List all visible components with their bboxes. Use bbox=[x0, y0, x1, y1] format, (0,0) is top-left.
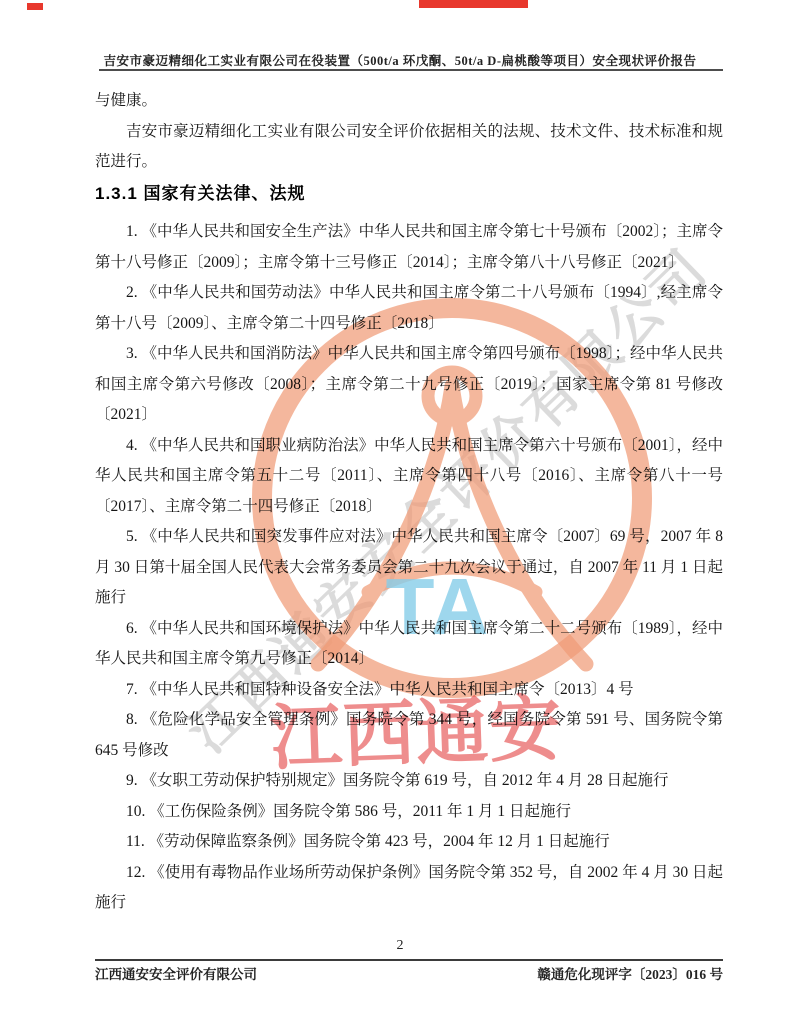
page-number: 2 bbox=[0, 938, 800, 954]
law-item-12: 12. 《使用有毒物品作业场所劳动保护条例》国务院令第 352 号，自 2002… bbox=[95, 858, 723, 919]
scan-artifact-top bbox=[419, 0, 528, 8]
law-item-7: 7. 《中华人民共和国特种设备安全法》中华人民共和国主席令〔2013〕4 号 bbox=[95, 675, 723, 706]
law-item-11: 11. 《劳动保障监察条例》国务院令第 423 号，2004 年 12 月 1 … bbox=[95, 827, 723, 858]
law-item-4: 4. 《中华人民共和国职业病防治法》中华人民共和国主席令第六十号颁布〔2001〕… bbox=[95, 431, 723, 523]
section-heading: 1.3.1 国家有关法律、法规 bbox=[95, 179, 723, 210]
document-body: 与健康。 吉安市豪迈精细化工实业有限公司安全评价依据相关的法规、技术文件、技术标… bbox=[95, 86, 723, 919]
report-header-title: 吉安市豪迈精细化工实业有限公司在役装置（500t/a 环戊酮、50t/a D-扁… bbox=[0, 51, 800, 69]
law-item-10: 10. 《工伤保险条例》国务院令第 586 号，2011 年 1 月 1 日起施… bbox=[95, 797, 723, 828]
document-page: 吉安市豪迈精细化工实业有限公司在役装置（500t/a 环戊酮、50t/a D-扁… bbox=[0, 0, 800, 1035]
law-item-2: 2. 《中华人民共和国劳动法》中华人民共和国主席令第二十八号颁布〔1994〕,经… bbox=[95, 278, 723, 339]
scan-artifact-left bbox=[27, 3, 43, 10]
law-item-1: 1. 《中华人民共和国安全生产法》中华人民共和国主席令第七十号颁布〔2002〕；… bbox=[95, 217, 723, 278]
law-item-5: 5. 《中华人民共和国突发事件应对法》中华人民共和国主席令〔2007〕69 号，… bbox=[95, 522, 723, 614]
law-item-8: 8. 《危险化学品安全管理条例》国务院令第 344 号，经国务院令第 591 号… bbox=[95, 705, 723, 766]
law-item-9: 9. 《女职工劳动保护特别规定》国务院令第 619 号，自 2012 年 4 月… bbox=[95, 766, 723, 797]
footer-doc-number: 赣通危化现评字〔2023〕016 号 bbox=[537, 963, 723, 983]
continuation-line: 与健康。 bbox=[95, 86, 723, 117]
law-item-6: 6. 《中华人民共和国环境保护法》中华人民共和国主席令第二十二号颁布〔1989〕… bbox=[95, 614, 723, 675]
header-rule bbox=[99, 69, 723, 71]
footer-company: 江西通安安全评价有限公司 bbox=[95, 963, 257, 983]
footer-rule bbox=[95, 959, 723, 961]
intro-paragraph: 吉安市豪迈精细化工实业有限公司安全评价依据相关的法规、技术文件、技术标准和规范进… bbox=[95, 117, 723, 178]
footer: 江西通安安全评价有限公司 赣通危化现评字〔2023〕016 号 bbox=[95, 963, 723, 983]
law-item-3: 3. 《中华人民共和国消防法》中华人民共和国主席令第四号颁布〔1998〕；经中华… bbox=[95, 339, 723, 431]
